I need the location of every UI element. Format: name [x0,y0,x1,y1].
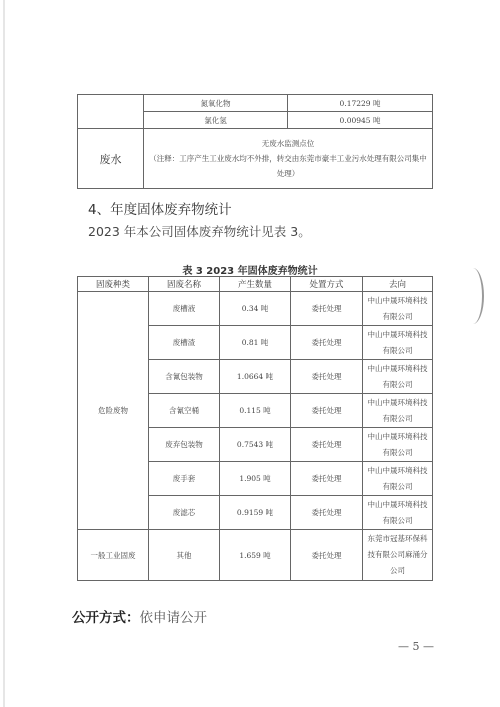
section-heading: 4、年度固体废弃物统计 [88,198,232,218]
category-cell: 危险废物 [78,292,149,530]
solid-waste-table: 固废种类 固废名称 产生数量 处置方式 去向 危险废物 废槽液 0.34 吨 委… [77,276,433,581]
method-cell: 委托处理 [291,462,363,496]
amount-cell: 0.81 吨 [220,326,291,360]
method-cell: 委托处理 [291,360,363,394]
destination-cell: 中山中晟环境科技有限公司 [363,360,433,394]
header-cell: 去向 [363,277,433,292]
pollutant-cell: 氮氧化物 [144,95,288,112]
destination-cell: 中山中晟环境科技有限公司 [363,462,433,496]
name-cell: 废滤芯 [149,496,220,530]
name-cell: 含氰空桶 [149,394,220,428]
amount-cell: 0.7543 吨 [220,428,291,462]
method-cell: 委托处理 [291,394,363,428]
emissions-table-continued: 氮氧化物 0.17229 吨 氯化氢 0.00945 吨 废水 无废水监测点位 … [77,94,433,189]
wastewater-line: 无废水监测点位 [148,136,428,151]
table-row: 废水 无废水监测点位 （注释：工序产生工业废水均不外排，转交由东莞市豪丰工业污水… [78,129,433,189]
name-cell: 含氰包装物 [149,360,220,394]
page-number: — 5 — [398,640,434,653]
amount-cell: 0.9159 吨 [220,496,291,530]
table-header-row: 固废种类 固废名称 产生数量 处置方式 去向 [78,277,433,292]
header-cell: 固废种类 [78,277,149,292]
table-row: 一般工业固废 其他 1.659 吨 委托处理 东莞市冠基环保科技有限公司麻涌分公… [78,530,433,581]
table-row: 氮氧化物 0.17229 吨 [78,95,433,112]
name-cell: 其他 [149,530,220,581]
table-caption: 表 3 2023 年固体废弃物统计 [0,262,500,277]
destination-cell: 中山中晟环境科技有限公司 [363,394,433,428]
name-cell: 废手套 [149,462,220,496]
amount-cell: 0.00945 吨 [288,112,433,129]
header-cell: 产生数量 [220,277,291,292]
disclosure-label: 公开方式： [72,610,140,626]
destination-cell: 中山中晟环境科技有限公司 [363,496,433,530]
name-cell: 废弃包装物 [149,428,220,462]
amount-cell: 0.34 吨 [220,292,291,326]
header-cell: 处置方式 [291,277,363,292]
destination-cell: 中山中晟环境科技有限公司 [363,428,433,462]
category-cell: 废水 [78,129,144,189]
amount-cell: 0.17229 吨 [288,95,433,112]
method-cell: 委托处理 [291,326,363,360]
name-cell: 废槽液 [149,292,220,326]
method-cell: 委托处理 [291,530,363,581]
wastewater-note: （注释：工序产生工业废水均不外排，转交由东莞市豪丰工业污水处理有限公司集中处理） [148,151,428,181]
section-paragraph: 2023 年本公司固体废弃物统计见表 3。 [88,222,311,240]
amount-cell: 1.905 吨 [220,462,291,496]
method-cell: 委托处理 [291,292,363,326]
header-cell: 固废名称 [149,277,220,292]
category-cell: 一般工业固废 [78,530,149,581]
wastewater-note-cell: 无废水监测点位 （注释：工序产生工业废水均不外排，转交由东莞市豪丰工业污水处理有… [144,129,433,189]
category-cell [78,95,144,129]
name-cell: 废槽渣 [149,326,220,360]
amount-cell: 1.659 吨 [220,530,291,581]
disclosure-method: 公开方式：依申请公开 [72,606,207,626]
disclosure-value: 依申请公开 [140,610,208,626]
table-row: 危险废物 废槽液 0.34 吨 委托处理 中山中晟环境科技有限公司 [78,292,433,326]
page-edge-line [3,0,5,707]
method-cell: 委托处理 [291,496,363,530]
destination-cell: 中山中晟环境科技有限公司 [363,326,433,360]
amount-cell: 1.0664 吨 [220,360,291,394]
pollutant-cell: 氯化氢 [144,112,288,129]
destination-cell: 东莞市冠基环保科技有限公司麻涌分公司 [363,530,433,581]
method-cell: 委托处理 [291,428,363,462]
destination-cell: 中山中晟环境科技有限公司 [363,292,433,326]
amount-cell: 0.115 吨 [220,394,291,428]
